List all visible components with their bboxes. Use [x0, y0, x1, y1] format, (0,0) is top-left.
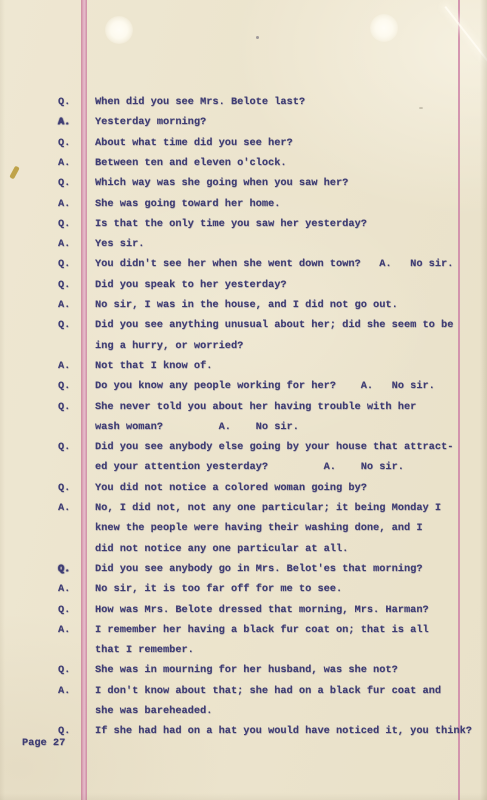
transcript-line: A.Between ten and eleven o'clock.: [0, 153, 487, 173]
transcript-line: Q.Do you know any people working for her…: [0, 376, 487, 396]
transcript-line: Q.Which way was she going when you saw h…: [0, 173, 487, 193]
line-text: No, I did not, not any one particular; i…: [95, 498, 441, 518]
scanned-transcript-page: Q.When did you see Mrs. Belote last?A.Ye…: [0, 0, 487, 800]
transcript-line: A.No sir, I was in the house, and I did …: [0, 295, 487, 315]
transcript-line: did not notice any one particular at all…: [0, 539, 487, 559]
transcript-line: Q.She never told you about her having tr…: [0, 397, 487, 417]
transcript-line: A.Not that I know of.: [0, 356, 487, 376]
speaker-label: A.: [58, 295, 70, 315]
speaker-label: A.: [58, 153, 70, 173]
line-text: ed your attention yesterday? A. No sir.: [95, 457, 404, 477]
line-text: wash woman? A. No sir.: [95, 417, 299, 437]
speaker-label: Q.: [58, 397, 70, 417]
line-text: You didn't see her when she went down to…: [95, 254, 453, 274]
line-text: Did you speak to her yesterday?: [95, 275, 287, 295]
speaker-label: A.: [58, 194, 70, 214]
line-text: Is that the only time you saw her yester…: [95, 214, 367, 234]
speaker-label: Q.: [58, 92, 70, 112]
line-text: that I remember.: [95, 640, 194, 660]
page-number: Page 27: [22, 733, 65, 753]
line-text: About what time did you see her?: [95, 133, 293, 153]
transcript-line: Q.She was in mourning for her husband, w…: [0, 660, 487, 680]
transcript-line: Q.Is that the only time you saw her yest…: [0, 214, 487, 234]
speaker-label: A.: [58, 112, 70, 132]
transcript-line: wash woman? A. No sir.: [0, 417, 487, 437]
line-text: ing a hurry, or worried?: [95, 336, 243, 356]
speaker-label: A.: [58, 620, 70, 640]
transcript-line: ed your attention yesterday? A. No sir.: [0, 457, 487, 477]
speaker-label: Q.: [58, 478, 70, 498]
line-text: If she had had on a hat you would have n…: [95, 721, 472, 741]
transcript-line: A.Yes sir.: [0, 234, 487, 254]
speaker-label: A.: [58, 579, 70, 599]
speaker-label: Q.: [58, 275, 70, 295]
transcript-line: A.No sir, it is too far off for me to se…: [0, 579, 487, 599]
line-text: Which way was she going when you saw her…: [95, 173, 348, 193]
line-text: she was bareheaded.: [95, 701, 212, 721]
speaker-label: Q.: [58, 315, 70, 335]
transcript-line: Q.You didn't see her when she went down …: [0, 254, 487, 274]
line-text: I don't know about that; she had on a bl…: [95, 681, 441, 701]
line-text: How was Mrs. Belote dressed that morning…: [95, 600, 429, 620]
line-text: When did you see Mrs. Belote last?: [95, 92, 305, 112]
transcript: Q.When did you see Mrs. Belote last?A.Ye…: [0, 0, 487, 800]
line-text: I remember her having a black fur coat o…: [95, 620, 429, 640]
speaker-label: Q.: [58, 437, 70, 457]
transcript-line: Q.Did you see anybody else going by your…: [0, 437, 487, 457]
transcript-line: Q.If she had had on a hat you would have…: [0, 721, 487, 741]
line-text: She never told you about her having trou…: [95, 397, 416, 417]
transcript-line: A.No, I did not, not any one particular;…: [0, 498, 487, 518]
speaker-label: Q.: [58, 559, 70, 579]
transcript-line: Q.You did not notice a colored woman goi…: [0, 478, 487, 498]
transcript-line: knew the people were having their washin…: [0, 518, 487, 538]
speaker-label: Q.: [58, 376, 70, 396]
line-text: Yes sir.: [95, 234, 144, 254]
line-text: No sir, it is too far off for me to see.: [95, 579, 342, 599]
transcript-line: A.Yesterday morning?: [0, 112, 487, 132]
line-text: She was going toward her home.: [95, 194, 280, 214]
line-text: Do you know any people working for her? …: [95, 376, 435, 396]
transcript-line: Q.About what time did you see her?: [0, 133, 487, 153]
transcript-line: A.I don't know about that; she had on a …: [0, 681, 487, 701]
speaker-label: A.: [58, 356, 70, 376]
speaker-label: Q.: [58, 133, 70, 153]
speaker-label: A.: [58, 234, 70, 254]
transcript-line: Q.Did you see anybody go in Mrs. Belot'e…: [0, 559, 487, 579]
transcript-line: Q.Did you see anything unusual about her…: [0, 315, 487, 335]
speaker-label: A.: [58, 681, 70, 701]
transcript-line: Q.How was Mrs. Belote dressed that morni…: [0, 600, 487, 620]
speaker-label: Q.: [58, 214, 70, 234]
speaker-label: Q.: [58, 600, 70, 620]
line-text: Between ten and eleven o'clock.: [95, 153, 287, 173]
line-text: Did you see anything unusual about her; …: [95, 315, 453, 335]
transcript-line: she was bareheaded.: [0, 701, 487, 721]
line-text: Did you see anybody go in Mrs. Belot'es …: [95, 559, 423, 579]
transcript-line: A.I remember her having a black fur coat…: [0, 620, 487, 640]
transcript-line: A.She was going toward her home.: [0, 194, 487, 214]
speaker-label: A.: [58, 498, 70, 518]
transcript-line: that I remember.: [0, 640, 487, 660]
line-text: You did not notice a colored woman going…: [95, 478, 367, 498]
line-text: Yesterday morning?: [95, 112, 206, 132]
line-text: She was in mourning for her husband, was…: [95, 660, 398, 680]
speaker-label: Q.: [58, 660, 70, 680]
line-text: Did you see anybody else going by your h…: [95, 437, 453, 457]
line-text: Not that I know of.: [95, 356, 212, 376]
line-text: No sir, I was in the house, and I did no…: [95, 295, 398, 315]
transcript-line: ing a hurry, or worried?: [0, 336, 487, 356]
line-text: knew the people were having their washin…: [95, 518, 423, 538]
line-text: did not notice any one particular at all…: [95, 539, 348, 559]
transcript-line: Q.Did you speak to her yesterday?: [0, 275, 487, 295]
speaker-label: Q.: [58, 254, 70, 274]
transcript-line: Q.When did you see Mrs. Belote last?: [0, 92, 487, 112]
speaker-label: Q.: [58, 173, 70, 193]
